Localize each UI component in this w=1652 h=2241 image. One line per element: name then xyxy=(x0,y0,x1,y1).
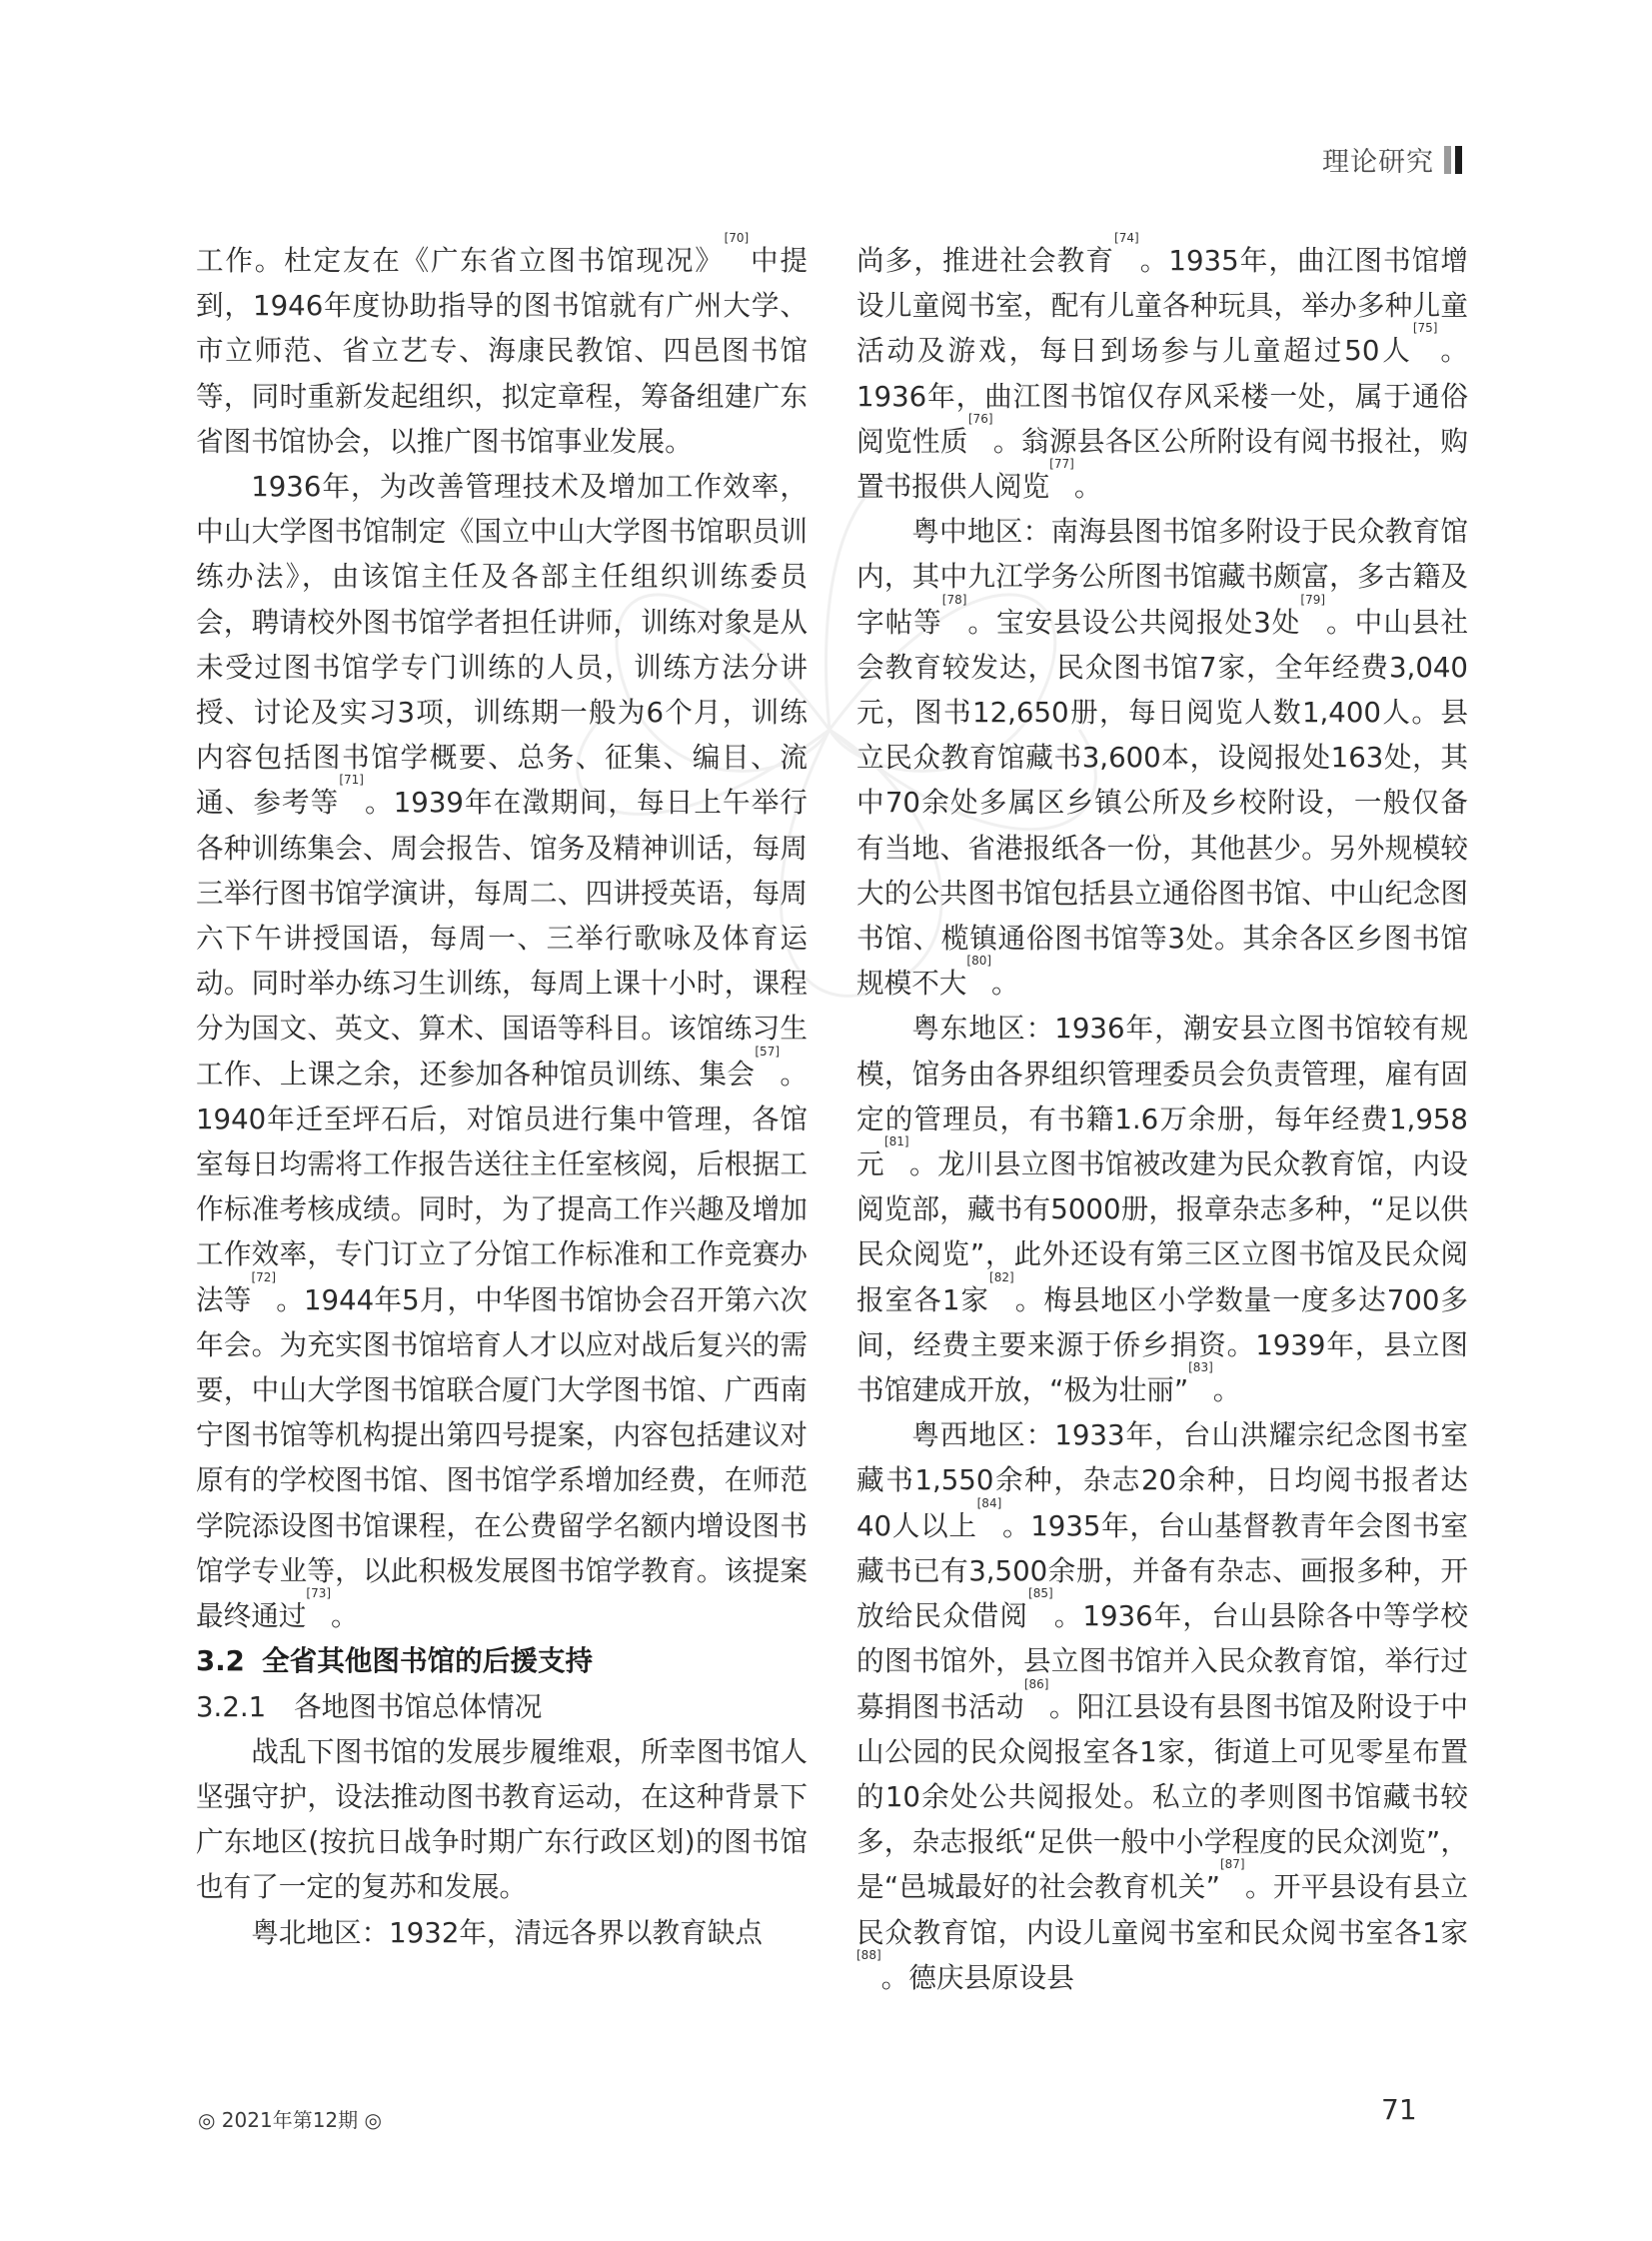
issue-footer: ◎ 2021年第12期 ◎ xyxy=(198,2104,382,2133)
page-number: 71 xyxy=(1381,2093,1417,2126)
citation-ref: [83] xyxy=(1188,1360,1213,1374)
subsection-heading: 3.2.1各地图书馆总体情况 xyxy=(196,1684,808,1729)
heading-number: 3.2.1 xyxy=(196,1684,294,1729)
citation-ref: [70] xyxy=(725,231,750,245)
citation-ref: [87] xyxy=(1220,1857,1245,1871)
running-header: 理论研究 xyxy=(1322,140,1462,179)
citation-ref: [71] xyxy=(339,773,364,787)
heading-title: 各地图书馆总体情况 xyxy=(294,1690,542,1723)
citation-ref: [57] xyxy=(755,1045,780,1059)
citation-ref: [79] xyxy=(1300,593,1325,607)
citation-ref: [72] xyxy=(251,1270,276,1284)
text-run: 尚多，推进社会教育 xyxy=(856,244,1114,277)
citation-ref: [80] xyxy=(966,954,991,968)
body-paragraph: 粤中地区：南海县图书馆多附设于民众教育馆内，其中九江学务公所图书馆藏书颇富，多古… xyxy=(856,509,1468,1006)
text-run: 战乱下图书馆的发展步履维艰，所幸图书馆人坚强守护，设法推动图书教育运动，在这种背… xyxy=(196,1735,808,1904)
right-column: 尚多，推进社会教育[74]。1935年，曲江图书馆增设儿童阅书室，配有儿童各种玩… xyxy=(856,238,1468,2000)
body-paragraph: 战乱下图书馆的发展步履维艰，所幸图书馆人坚强守护，设法推动图书教育运动，在这种背… xyxy=(196,1729,808,1910)
text-run: 工作。杜定友在《广东省立图书馆现况》 xyxy=(196,244,725,277)
citation-ref: [86] xyxy=(1024,1677,1049,1691)
body-paragraph: 粤东地区：1936年，潮安县立图书馆较有规模，馆务由各界组织管理委员会负责管理，… xyxy=(856,1006,1468,1412)
citation-ref: [74] xyxy=(1114,231,1139,245)
text-run: 。1939年在澂期间，每日上午举行各种训练集会、周会报告、馆务及精神训话，每周三… xyxy=(196,786,808,1090)
text-run: 。中山县社会教育较发达，民众图书馆7家，全年经费3,040元，图书12,650册… xyxy=(856,606,1468,1001)
left-column: 工作。杜定友在《广东省立图书馆现况》[70]中提到，1946年度协助指导的图书馆… xyxy=(196,238,808,1955)
body-paragraph: 粤西地区：1933年，台山洪耀宗纪念图书室藏书1,550余种，杂志20余种，日均… xyxy=(856,1412,1468,2000)
text-run: 。德庆县原设县 xyxy=(881,1961,1074,1994)
text-run: 1936年，为改善管理技术及增加工作效率，中山大学图书馆制定《国立中山大学图书馆… xyxy=(196,470,808,819)
header-bar-icon xyxy=(1444,146,1462,174)
citation-ref: [76] xyxy=(968,412,993,426)
section-label: 理论研究 xyxy=(1322,140,1434,179)
citation-ref: [84] xyxy=(977,1496,1002,1510)
text-run: 。1944年5月，中华图书馆协会召开第六次年会。为充实图书馆培育人才以应对战后复… xyxy=(196,1283,808,1632)
text-run: 。1940年迁至坪石后，对馆员进行集中管理，各馆室每日均需将工作报告送往主任室核… xyxy=(196,1058,808,1316)
body-paragraph: 尚多，推进社会教育[74]。1935年，曲江图书馆增设儿童阅书室，配有儿童各种玩… xyxy=(856,238,1468,509)
body-paragraph: 粤北地区：1932年，清远各界以教育缺点 xyxy=(196,1910,808,1955)
citation-ref: [85] xyxy=(1028,1586,1053,1600)
citation-ref: [82] xyxy=(989,1270,1014,1284)
citation-ref: [88] xyxy=(856,1948,881,1962)
text-run: 粤北地区：1932年，清远各界以教育缺点 xyxy=(251,1916,763,1949)
citation-ref: [78] xyxy=(942,593,967,607)
body-paragraph: 1936年，为改善管理技术及增加工作效率，中山大学图书馆制定《国立中山大学图书馆… xyxy=(196,464,808,1638)
body-paragraph: 工作。杜定友在《广东省立图书馆现况》[70]中提到，1946年度协助指导的图书馆… xyxy=(196,238,808,464)
text-run: 。 xyxy=(1213,1373,1241,1406)
heading-title: 全省其他图书馆的后援支持 xyxy=(262,1644,593,1677)
text-run: 。宝安县设公共阅报处3处 xyxy=(966,606,1300,639)
citation-ref: [73] xyxy=(306,1586,331,1600)
text-run: 。 xyxy=(331,1599,359,1632)
citation-ref: [81] xyxy=(884,1134,909,1148)
section-heading: 3.2全省其他图书馆的后援支持 xyxy=(196,1638,808,1683)
citation-ref: [77] xyxy=(1049,457,1074,471)
text-run: 。 xyxy=(1074,470,1102,503)
citation-ref: [75] xyxy=(1413,321,1438,335)
text-run: 。 xyxy=(991,967,1019,1000)
heading-number: 3.2 xyxy=(196,1638,262,1683)
